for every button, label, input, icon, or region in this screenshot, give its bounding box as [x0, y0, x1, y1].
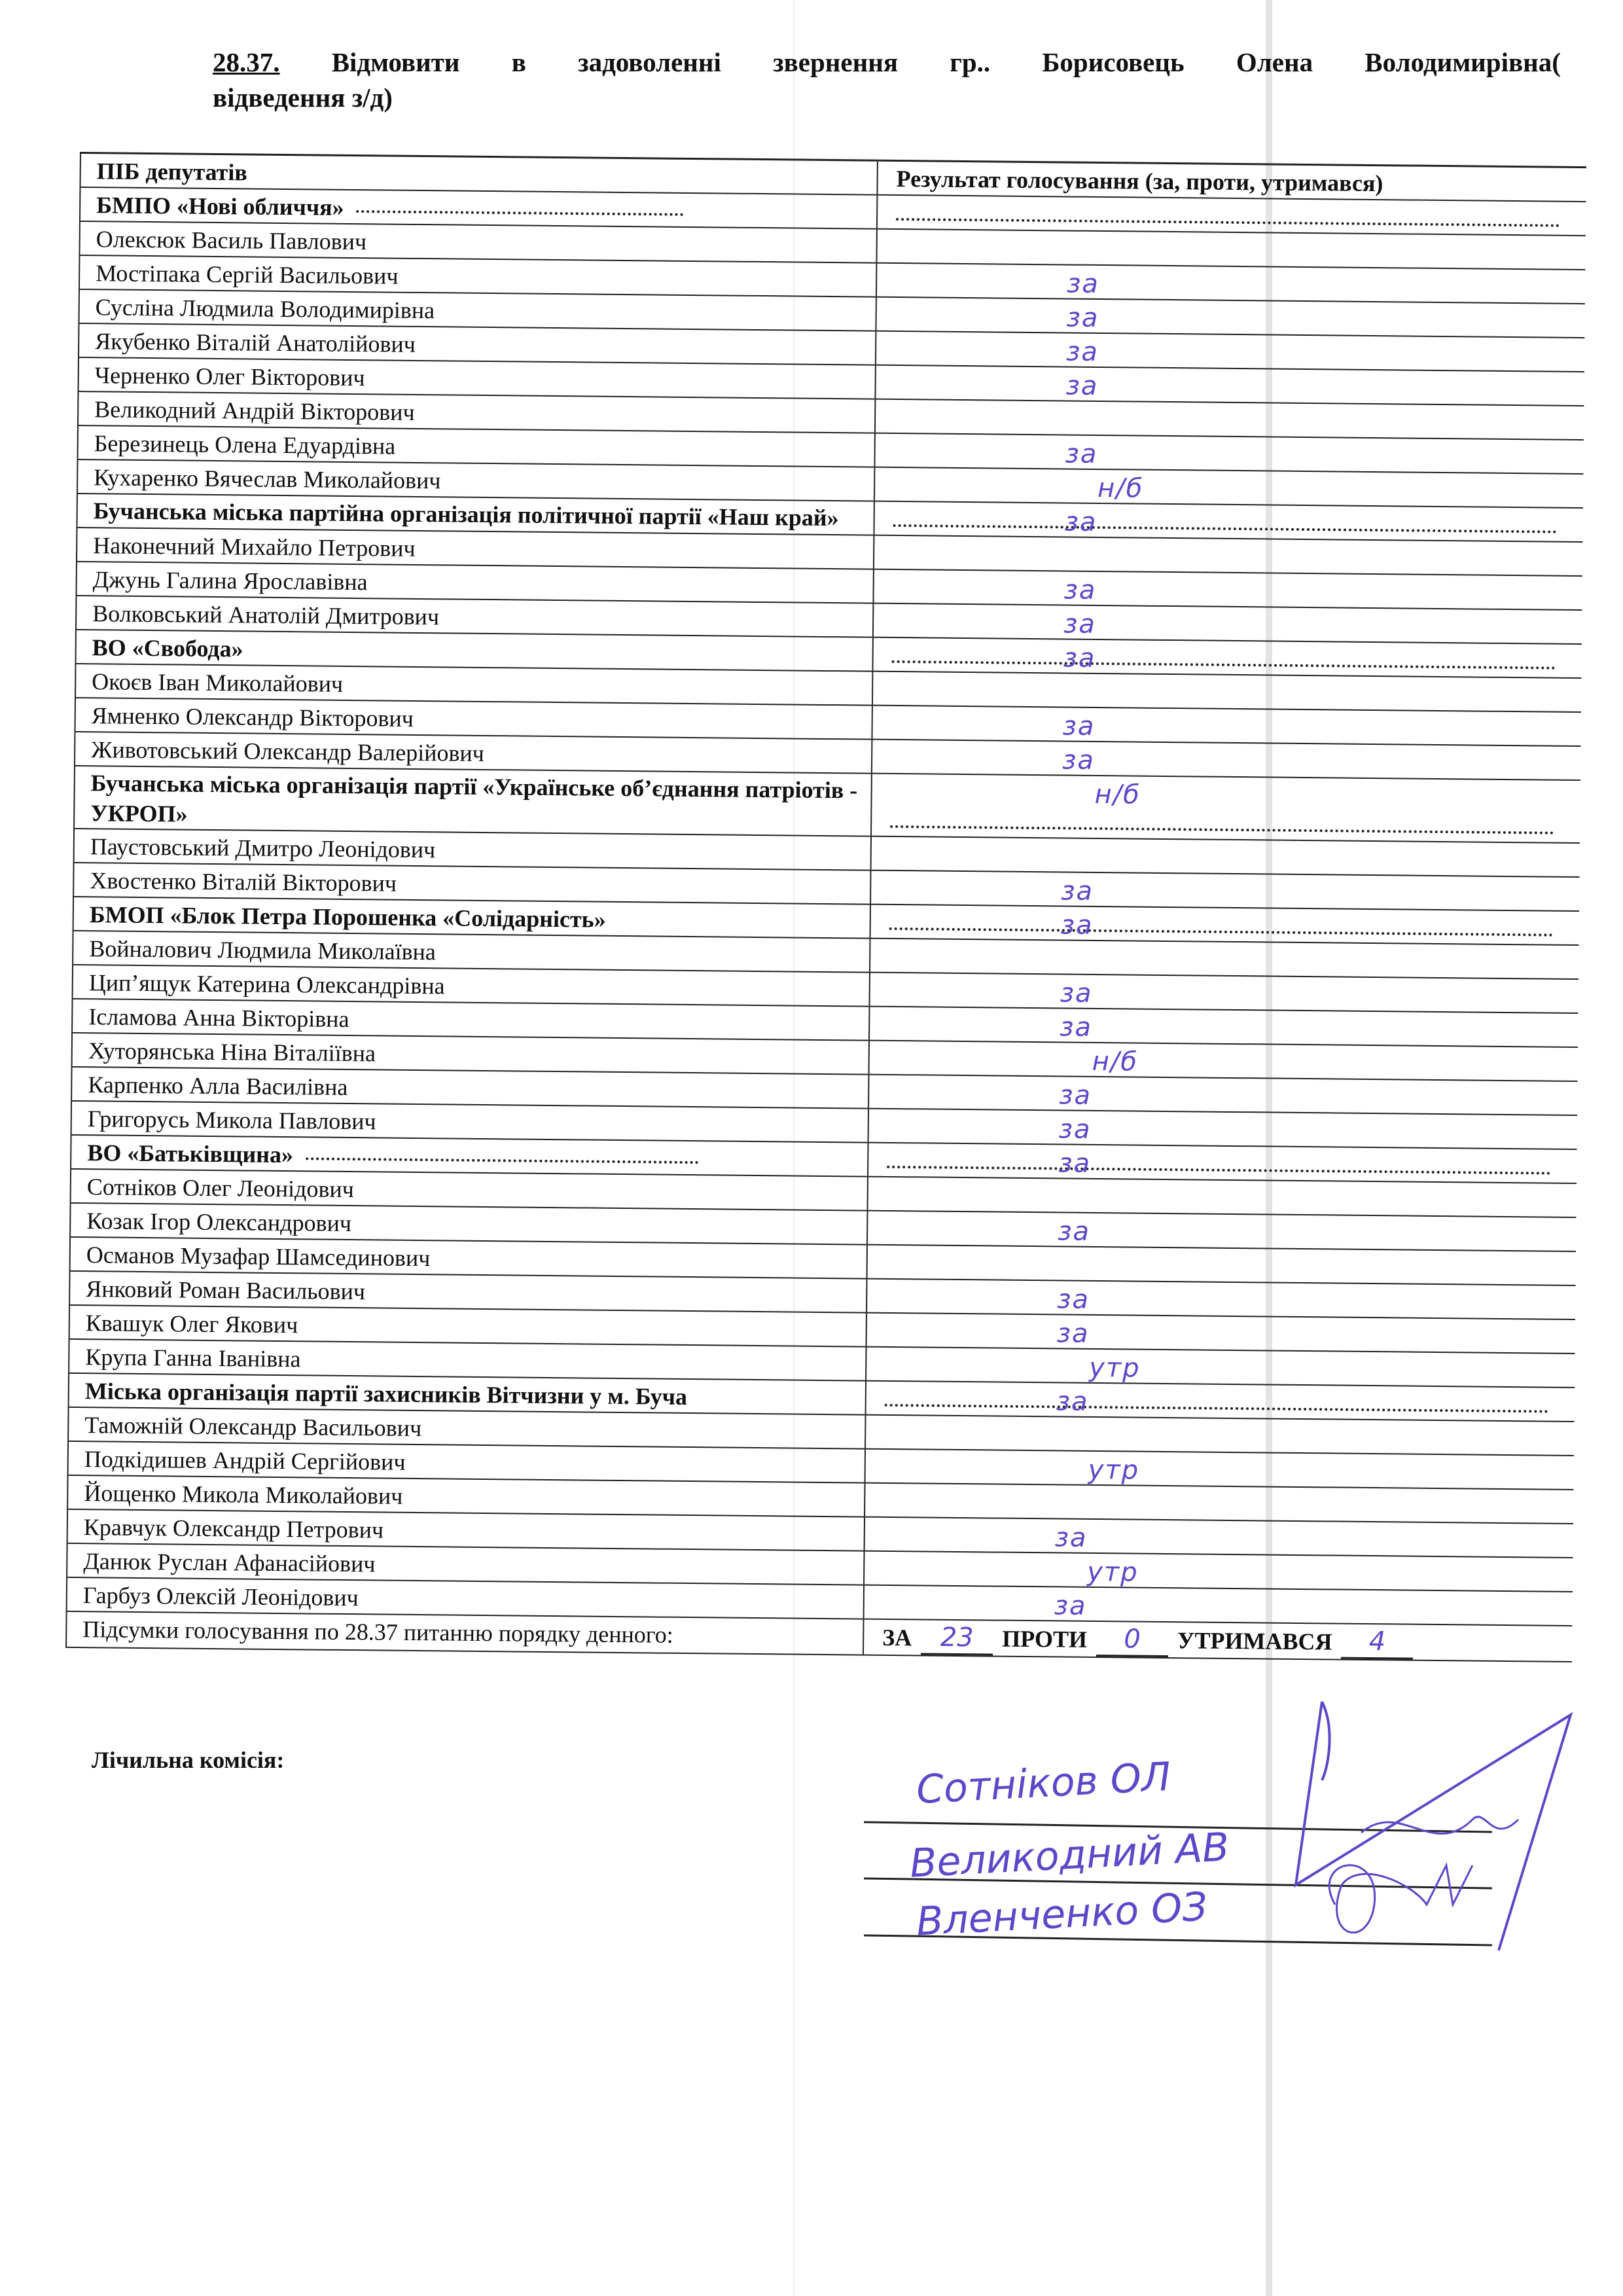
handwritten-vote: за [1057, 1283, 1090, 1315]
deputy-name: Наконечний Михайло Петрович [77, 528, 874, 569]
vote-cell: за [865, 1518, 1573, 1557]
deputy-name-text: Цип’ящук Катерина Олександрівна [89, 969, 445, 999]
party-name: ВО «Батьківщина» [71, 1136, 868, 1176]
deputy-name-text: Животовський Олександр Валерійович [91, 736, 484, 766]
vote-cell: за [874, 570, 1582, 609]
handwritten-vote: за [1061, 875, 1094, 906]
deputy-name-text: Крупа Ганна Іванівна [85, 1344, 301, 1372]
vote-cell: за [870, 1007, 1578, 1047]
deputy-name-text: Черненко Олег Вікторович [95, 362, 365, 391]
handwritten-vote: за [1056, 1386, 1089, 1417]
handwritten-vote: за [1063, 608, 1096, 639]
vote-cell: за [872, 706, 1580, 745]
deputy-name: Якубенко Віталій Анатолійович [79, 324, 876, 365]
deputy-name: Березинець Олена Едуардівна [78, 426, 875, 467]
vote-cell [868, 1246, 1576, 1285]
deputy-name: Кухаренко Вячеслав Миколайович [78, 460, 875, 501]
handwritten-vote: за [1059, 1113, 1092, 1145]
table-body: БМПО «Нові обличчя» Олексюк Василь Павло… [67, 188, 1586, 1626]
handwritten-vote: за [1062, 744, 1095, 776]
dotted-fill [885, 1404, 1548, 1413]
vote-cell [876, 400, 1584, 439]
vote-cell [870, 939, 1578, 978]
handwritten-vote: за [1063, 642, 1096, 673]
handwritten-vote: н/б [1094, 779, 1141, 811]
vote-cell: н/б [872, 774, 1580, 842]
deputy-name-text: Подкідишев Андрій Сергійович [84, 1446, 406, 1475]
title-word: гр.. [950, 45, 990, 80]
handwritten-vote: утр [1089, 1352, 1141, 1384]
handwritten-vote: за [1062, 710, 1095, 742]
deputy-name-text: Ісламова Анна Вікторівна [88, 1003, 349, 1032]
vote-cell: за [874, 604, 1582, 643]
vote-cell [873, 672, 1581, 711]
party-label: БМОП «Блок Петра Порошенка «Солідарність… [90, 901, 606, 933]
deputy-name: Черненко Олег Вікторович [79, 358, 876, 399]
handwritten-vote: за [1060, 909, 1093, 941]
vote-cell: за [867, 1280, 1575, 1319]
title-word: Борисовець [1042, 45, 1184, 80]
party-name: ВО «Свобода» [77, 630, 874, 671]
vote-cell [878, 196, 1586, 235]
handwritten-vote: за [1058, 1215, 1090, 1247]
handwritten-vote: за [1066, 302, 1099, 333]
handwritten-vote: за [1063, 574, 1096, 605]
deputy-name-text: Данюк Руслан Афанасійович [83, 1548, 376, 1577]
deputy-name-text: Кравчук Олександр Петрович [84, 1514, 384, 1543]
deputy-name: Данюк Руслан Афанасійович [67, 1544, 865, 1585]
vote-cell: за [874, 502, 1582, 541]
vote-cell: за [870, 973, 1578, 1013]
deputy-name-text: Хвостенко Віталій Вікторович [90, 867, 397, 896]
deputy-name: Крупа Ганна Іванівна [69, 1340, 866, 1380]
handwritten-vote: за [1064, 506, 1097, 537]
deputy-name-text: Квашук Олег Якович [86, 1310, 298, 1338]
header-deputies: ПІБ депутатів [80, 154, 878, 194]
dotted-fill [890, 825, 1554, 834]
handwritten-vote: н/б [1092, 1046, 1138, 1078]
handwritten-vote: за [1060, 977, 1092, 1009]
vote-cell [872, 837, 1580, 876]
deputy-name: Йощенко Микола Миколайович [68, 1476, 865, 1516]
deputy-name-text: Мостіпака Сергій Васильович [96, 260, 399, 289]
party-name: Бучанська міська організація партії «Укр… [75, 766, 872, 836]
deputy-name: Джунь Галина Ярославівна [77, 562, 874, 603]
signature-name-3: Вленченко ОЗ [915, 1884, 1208, 1945]
dotted-fill [306, 1155, 698, 1164]
handwritten-vote: за [1058, 1147, 1091, 1179]
vote-cell: утр [866, 1348, 1575, 1387]
deputy-name-text: Великодний Андрій Вікторович [94, 396, 415, 425]
vote-cell [866, 1416, 1574, 1455]
deputy-name: Мостіпака Сергій Васильович [80, 256, 877, 296]
deputy-name: Квашук Олег Якович [70, 1306, 867, 1346]
deputy-name: Ісламова Анна Вікторівна [73, 999, 870, 1040]
item-number: 28.37. [213, 45, 280, 80]
deputy-name-text: Джунь Галина Ярославівна [93, 566, 368, 595]
deputy-name-text: Таможній Олександр Васильович [84, 1412, 421, 1441]
handwritten-vote: за [1057, 1318, 1090, 1349]
deputy-name-text: Янковий Роман Васильович [86, 1276, 365, 1304]
for-label: ЗА [882, 1622, 912, 1653]
deputy-name-text: Григорусь Микола Павлович [88, 1105, 376, 1134]
party-label: Бучанська міська партійна організація по… [94, 497, 839, 531]
deputy-name-text: Березинець Олена Едуардівна [94, 430, 396, 459]
handwritten-vote: за [1067, 268, 1099, 299]
dotted-fill [357, 207, 684, 216]
vote-cell: н/б [870, 1041, 1578, 1081]
deputy-name-text: Якубенко Віталій Анатолійович [95, 328, 416, 357]
handwritten-vote: за [1065, 438, 1097, 469]
vote-cell: утр [866, 1450, 1574, 1489]
vote-cell: за [865, 1586, 1573, 1625]
deputy-name-text: Олексюк Василь Павлович [96, 226, 367, 255]
vote-cell: за [876, 366, 1584, 405]
deputy-name: Османов Музафар Шамсединович [71, 1238, 868, 1278]
deputy-name: Таможній Олександр Васильович [69, 1408, 866, 1448]
deputy-name: Окоєв Іван Миколайович [76, 664, 873, 705]
vote-cell: за [875, 434, 1583, 473]
vote-cell: за [867, 1314, 1575, 1353]
handwritten-vote: за [1055, 1522, 1088, 1553]
party-name: Міська організація партії захисників Віт… [69, 1374, 866, 1414]
deputy-name: Волковський Анатолій Дмитрович [77, 596, 874, 637]
vote-cell: за [868, 1211, 1576, 1251]
vote-cell: за [869, 1075, 1577, 1115]
deputy-name-text: Кухаренко Вячеслав Миколайович [94, 464, 441, 493]
deputy-name-text: Наконечний Михайло Петрович [93, 532, 416, 562]
vote-cell: за [873, 638, 1581, 677]
party-label: Міська організація партії захисників Віт… [85, 1378, 688, 1410]
vote-cell: н/б [875, 468, 1583, 507]
vote-cell [874, 536, 1582, 575]
dotted-fill [896, 218, 1560, 227]
against-label: ПРОТИ [1002, 1623, 1087, 1655]
handwritten-vote: утр [1087, 1556, 1139, 1588]
deputy-name: Григорусь Микола Павлович [72, 1102, 869, 1142]
vote-cell: за [871, 871, 1579, 910]
title-line-1: 28.37. Відмовитивзадоволеннізверненнягр.… [213, 45, 1561, 80]
deputy-name: Подкідишев Андрій Сергійович [69, 1442, 866, 1482]
for-count: 23 [921, 1621, 993, 1655]
dotted-fill [892, 660, 1556, 670]
title-word: задоволенні [578, 45, 721, 80]
deputy-name: Козак Ігор Олександрович [71, 1204, 868, 1244]
signature-name-2: Великодний АВ [909, 1824, 1230, 1886]
against-count: 0 [1096, 1623, 1168, 1657]
deputy-name-text: Хуторянська Ніна Віталіївна [88, 1037, 376, 1066]
handwritten-vote: утр [1088, 1454, 1140, 1486]
deputy-name-text: Войналович Людмила Миколаївна [89, 935, 436, 965]
deputy-name: Сусліна Людмила Володимирівна [79, 290, 876, 331]
deputy-name: Карпенко Алла Василівна [72, 1067, 869, 1108]
deputy-name: Войналович Людмила Миколаївна [73, 931, 870, 972]
party-name: БМПО «Нові обличчя» [80, 188, 878, 228]
handwritten-vote: н/б [1097, 473, 1144, 505]
deputy-name-text: Ямненко Олександр Вікторович [92, 702, 414, 732]
dotted-fill [893, 524, 1557, 533]
title-line-2: відведення з/д) [213, 80, 1561, 115]
abstain-label: УТРИМАВСЯ [1177, 1624, 1332, 1657]
header-vote-result: Результат голосування (за, проти, утрима… [878, 162, 1586, 201]
party-label: ВО «Свобода» [92, 634, 243, 662]
abstain-count: 4 [1341, 1626, 1413, 1660]
summary-label: Підсумки голосування по 28.37 питанню по… [67, 1612, 864, 1655]
handwritten-vote: за [1065, 370, 1098, 401]
voting-table: ПІБ депутатів Результат голосування (за,… [65, 152, 1586, 1662]
party-label: Бучанська міська організація партії «Укр… [90, 770, 857, 827]
vote-cell: за [866, 1382, 1575, 1421]
agenda-item-title: 28.37. Відмовитивзадоволеннізверненнягр.… [213, 45, 1561, 115]
title-word: в [512, 45, 526, 80]
title-word: звернення [773, 45, 898, 80]
vote-cell [868, 1177, 1577, 1217]
vote-cell [877, 230, 1585, 269]
title-word: Відмовити [332, 45, 460, 80]
deputy-name: Паустовський Дмитро Леонідович [75, 829, 872, 870]
party-label: БМПО «Нові обличчя» [96, 192, 350, 221]
signature-scrawl-icon [1283, 1689, 1584, 1964]
deputy-name: Олексюк Василь Павлович [80, 222, 877, 262]
dotted-fill [889, 927, 1553, 937]
dotted-fill [887, 1166, 1550, 1175]
deputy-name-text: Козак Ігор Олександрович [86, 1208, 351, 1236]
deputy-name: Ямненко Олександр Вікторович [76, 698, 873, 739]
deputy-name: Сотніков Олег Леонідович [71, 1170, 868, 1210]
vote-cell: за [876, 298, 1584, 337]
deputy-name-text: Йощенко Микола Миколайович [84, 1480, 402, 1509]
handwritten-vote: за [1060, 1011, 1092, 1043]
summary-results: ЗА 23 ПРОТИ 0 УТРИМАВСЯ 4 [864, 1620, 1572, 1661]
title-word: Володимирівна( [1364, 45, 1561, 80]
deputy-name-text: Паустовський Дмитро Леонідович [90, 833, 436, 863]
vote-cell: за [871, 905, 1579, 944]
deputy-name-text: Волковський Анатолій Дмитрович [92, 600, 439, 630]
deputy-name-text: Сусліна Людмила Володимирівна [96, 294, 435, 323]
vote-cell [865, 1484, 1573, 1523]
deputy-name: Хвостенко Віталій Вікторович [74, 863, 871, 904]
party-label: ВО «Батьківщина» [87, 1139, 299, 1168]
deputy-name: Янковий Роман Васильович [70, 1272, 867, 1312]
vote-cell: за [869, 1109, 1577, 1149]
deputy-name: Цип’ящук Катерина Олександрівна [73, 965, 870, 1006]
deputy-name-text: Окоєв Іван Миколайович [92, 668, 343, 697]
deputy-name: Хуторянська Ніна Віталіївна [73, 1033, 870, 1074]
deputy-name-text: Гарбуз Олексій Леонідович [83, 1582, 359, 1611]
deputy-name-text: Османов Музафар Шамсединович [86, 1242, 431, 1271]
deputy-name: Животовський Олександр Валерійович [75, 732, 872, 773]
vote-cell: за [876, 332, 1584, 371]
handwritten-vote: за [1066, 336, 1099, 367]
title-word: Олена [1236, 45, 1313, 80]
deputy-name-text: Сотніков Олег Леонідович [87, 1174, 354, 1202]
vote-cell: за [877, 264, 1585, 303]
deputy-name: Гарбуз Олексій Леонідович [67, 1578, 865, 1619]
party-name: Бучанська міська партійна організація по… [77, 494, 874, 535]
counting-commission-label: Лічильна комісія: [92, 1746, 284, 1774]
vote-cell: за [872, 740, 1580, 780]
handwritten-vote: за [1054, 1590, 1087, 1621]
deputy-name: Кравчук Олександр Петрович [68, 1510, 865, 1551]
signature-name-1: Сотніков ОЛ [915, 1754, 1171, 1813]
vote-cell: за [868, 1143, 1577, 1183]
deputy-name: Великодний Андрій Вікторович [79, 392, 876, 433]
vote-cell: утр [865, 1552, 1573, 1591]
party-name: БМОП «Блок Петра Порошенка «Солідарність… [74, 897, 871, 938]
handwritten-vote: за [1059, 1079, 1092, 1111]
deputy-name-text: Карпенко Алла Василівна [88, 1071, 348, 1100]
